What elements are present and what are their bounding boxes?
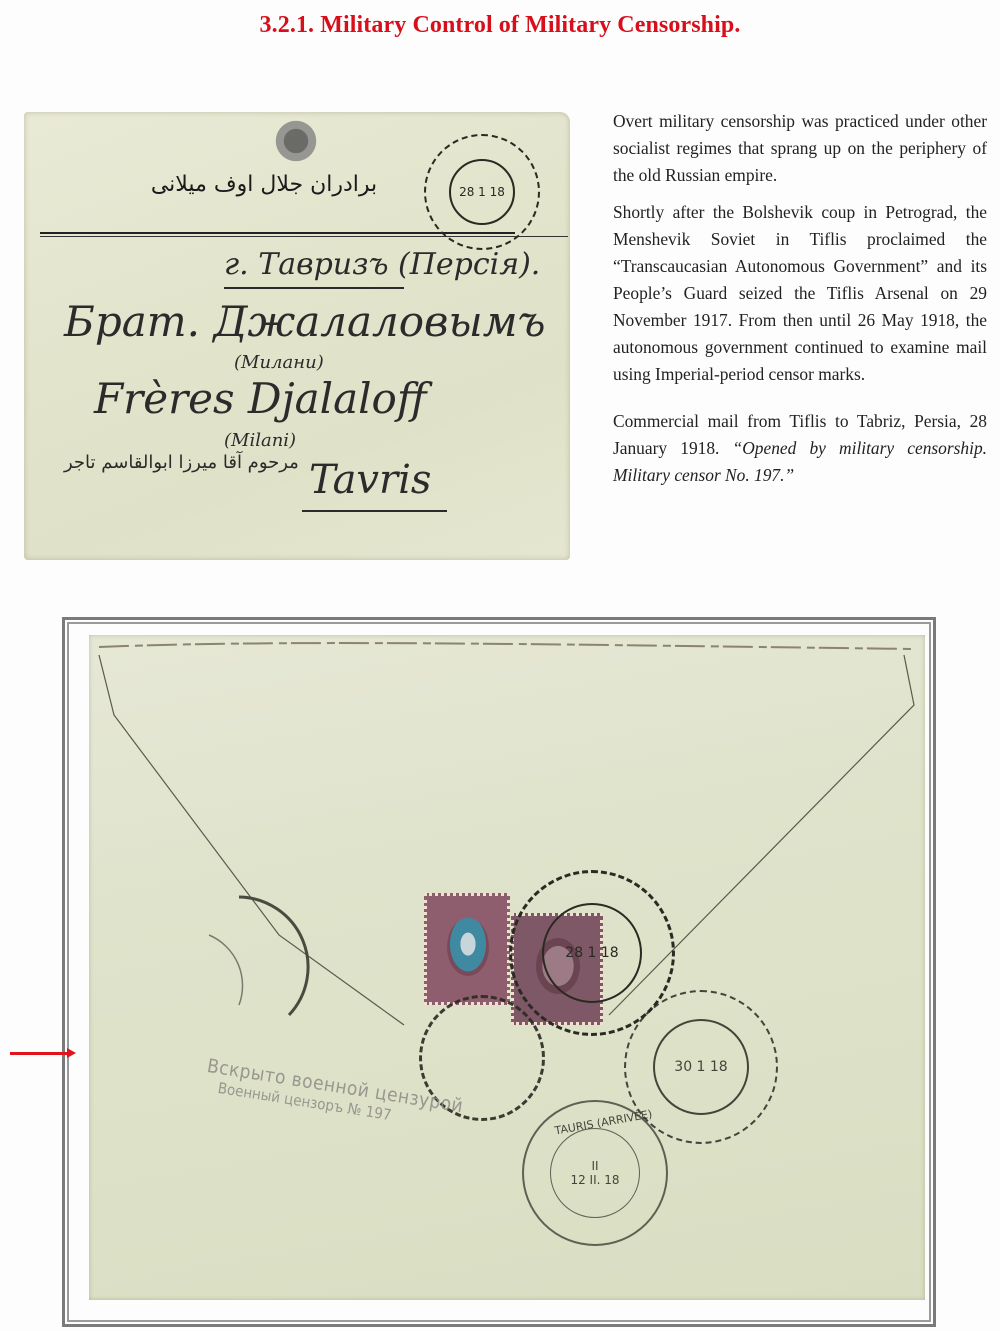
cover-caption: Commercial mail from Tiflis to Tabriz, P… [613,408,987,489]
envelope-reverse-image: 28 1 18 30 1 18 TAURIS (ARRIVÉE) II 12 I… [89,635,925,1300]
page-title: 3.2.1. Military Control of Military Cens… [0,12,1000,39]
postmark-date: 28 1 18 [459,185,505,199]
envelope-obverse-image: برادران جلال اوف میلانی 28 1 18 г. Таври… [24,112,570,560]
postmark-date: 28 1 18 [565,945,618,961]
lion-and-sun-crest-icon [262,120,330,162]
letterhead-persian: برادران جلال اوف میلانی [134,172,394,197]
description-paragraph: Shortly after the Bolshevik coup in Petr… [613,199,987,388]
address-city: г. Тавризъ (Персія). [224,247,540,282]
description: Overt military censorship was practiced … [613,108,987,499]
imperial-eagle-icon [447,918,489,976]
red-pointer-arrow-icon [10,1052,68,1055]
address-recipient-cyrillic: Брат. Джалаловымъ [64,297,546,346]
address-persian: مرحوم آقا میرزا ابوالقاسم تاجر [64,452,299,473]
postmark-date: 30 1 18 [674,1059,727,1075]
tiflis-postmark-obverse: 28 1 18 [424,134,540,250]
arrival-series: II [591,1159,598,1173]
address-recipient-note-latin: (Milani) [224,430,296,451]
arrival-date: 12 II. 18 [570,1173,619,1187]
postage-stamp-arms [424,893,510,1005]
description-paragraph: Overt military censorship was practiced … [613,108,987,189]
address-recipient-note-cyrillic: (Милани) [234,352,324,373]
address-recipient-latin: Frères Djalaloff [94,374,427,423]
address-destination: Tavris [309,457,431,503]
tauris-arrival-postmark: TAURIS (ARRIVÉE) II 12 II. 18 [522,1100,668,1246]
address-underline [224,287,404,289]
destination-underline [302,510,447,512]
